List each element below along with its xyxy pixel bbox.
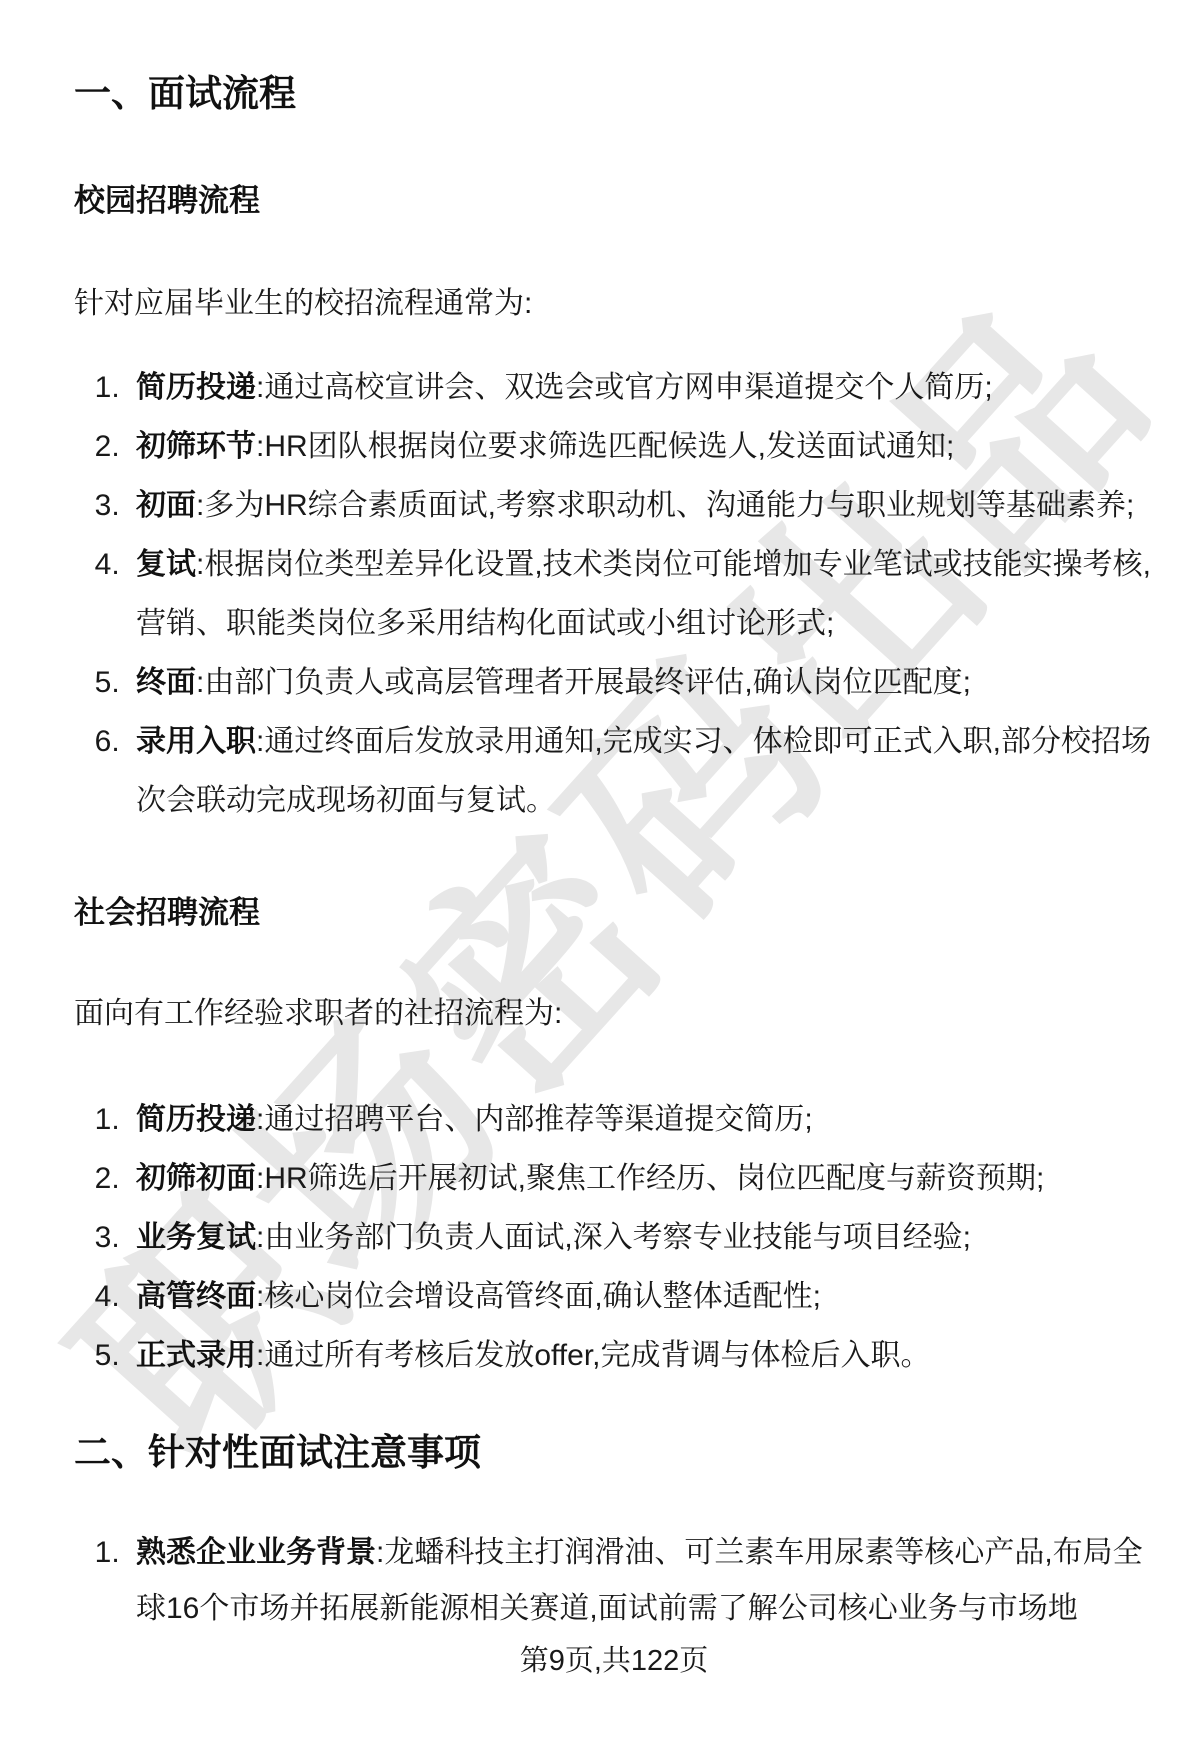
campus-step-list: 简历投递:通过高校宣讲会、双选会或官方网申渠道提交个人简历; 初筛环节:HR团队… [74, 358, 1154, 830]
step-label: 录用入职 [136, 725, 256, 758]
step-label: 终面 [136, 666, 196, 699]
step-text: :根据岗位类型差异化设置,技术类岗位可能增加专业笔试或技能实操考核,营销、职能类… [136, 548, 1151, 640]
social-step-list: 简历投递:通过招聘平台、内部推荐等渠道提交简历; 初筛初面:HR筛选后开展初试,… [74, 1090, 1154, 1385]
list-item: 复试:根据岗位类型差异化设置,技术类岗位可能增加专业笔试或技能实操考核,营销、职… [128, 535, 1154, 653]
note-label: 熟悉企业业务背景 [136, 1536, 376, 1569]
list-item: 录用入职:通过终面后发放录用通知,完成实习、体检即可正式入职,部分校招场次会联动… [128, 712, 1154, 830]
list-item: 初筛环节:HR团队根据岗位要求筛选匹配候选人,发送面试通知; [128, 417, 1154, 476]
page-number-footer: 第9页,共122页 [74, 1643, 1154, 1679]
step-text: :通过招聘平台、内部推荐等渠道提交简历; [256, 1103, 813, 1136]
section2-heading: 二、针对性面试注意事项 [74, 1431, 1154, 1475]
step-label: 高管终面 [136, 1280, 256, 1313]
list-item: 初筛初面:HR筛选后开展初试,聚焦工作经历、岗位匹配度与薪资预期; [128, 1149, 1154, 1208]
social-intro: 面向有工作经验求职者的社招流程为: [74, 994, 1154, 1034]
list-item: 高管终面:核心岗位会增设高管终面,确认整体适配性; [128, 1267, 1154, 1326]
step-text: :由部门负责人或高层管理者开展最终评估,确认岗位匹配度; [196, 666, 971, 699]
document-page: 职场密码出品 一、面试流程 校园招聘流程 针对应届毕业生的校招流程通常为: 简历… [0, 0, 1200, 1755]
campus-subheading: 校园招聘流程 [74, 182, 1154, 220]
step-label: 初面 [136, 489, 196, 522]
step-text: :多为HR综合素质面试,考察求职动机、沟通能力与职业规划等基础素养; [196, 489, 1134, 522]
document-content: 一、面试流程 校园招聘流程 针对应届毕业生的校招流程通常为: 简历投递:通过高校… [0, 72, 1200, 1679]
step-label: 简历投递 [136, 1103, 256, 1136]
list-item: 简历投递:通过高校宣讲会、双选会或官方网申渠道提交个人简历; [128, 358, 1154, 417]
step-text: :通过高校宣讲会、双选会或官方网申渠道提交个人简历; [256, 371, 993, 404]
step-text: :核心岗位会增设高管终面,确认整体适配性; [256, 1280, 821, 1313]
notes-list: 熟悉企业业务背景:龙蟠科技主打润滑油、可兰素车用尿素等核心产品,布局全球16个市… [74, 1525, 1154, 1637]
step-label: 初筛初面 [136, 1162, 256, 1195]
list-item: 业务复试:由业务部门负责人面试,深入考察专业技能与项目经验; [128, 1208, 1154, 1267]
step-label: 正式录用 [136, 1339, 256, 1372]
step-text: :通过终面后发放录用通知,完成实习、体检即可正式入职,部分校招场次会联动完成现场… [136, 725, 1151, 817]
step-label: 复试 [136, 548, 196, 581]
step-text: :由业务部门负责人面试,深入考察专业技能与项目经验; [256, 1221, 971, 1254]
section1-heading: 一、面试流程 [74, 72, 1154, 116]
step-text: :HR团队根据岗位要求筛选匹配候选人,发送面试通知; [256, 430, 954, 463]
list-item: 熟悉企业业务背景:龙蟠科技主打润滑油、可兰素车用尿素等核心产品,布局全球16个市… [128, 1525, 1154, 1637]
step-label: 简历投递 [136, 371, 256, 404]
list-item: 终面:由部门负责人或高层管理者开展最终评估,确认岗位匹配度; [128, 653, 1154, 712]
social-subheading: 社会招聘流程 [74, 894, 1154, 932]
step-label: 业务复试 [136, 1221, 256, 1254]
campus-intro: 针对应届毕业生的校招流程通常为: [74, 284, 1154, 324]
list-item: 正式录用:通过所有考核后发放offer,完成背调与体检后入职。 [128, 1326, 1154, 1385]
step-text: :HR筛选后开展初试,聚焦工作经历、岗位匹配度与薪资预期; [256, 1162, 1044, 1195]
step-text: :通过所有考核后发放offer,完成背调与体检后入职。 [256, 1339, 931, 1372]
list-item: 简历投递:通过招聘平台、内部推荐等渠道提交简历; [128, 1090, 1154, 1149]
list-item: 初面:多为HR综合素质面试,考察求职动机、沟通能力与职业规划等基础素养; [128, 476, 1154, 535]
step-label: 初筛环节 [136, 430, 256, 463]
